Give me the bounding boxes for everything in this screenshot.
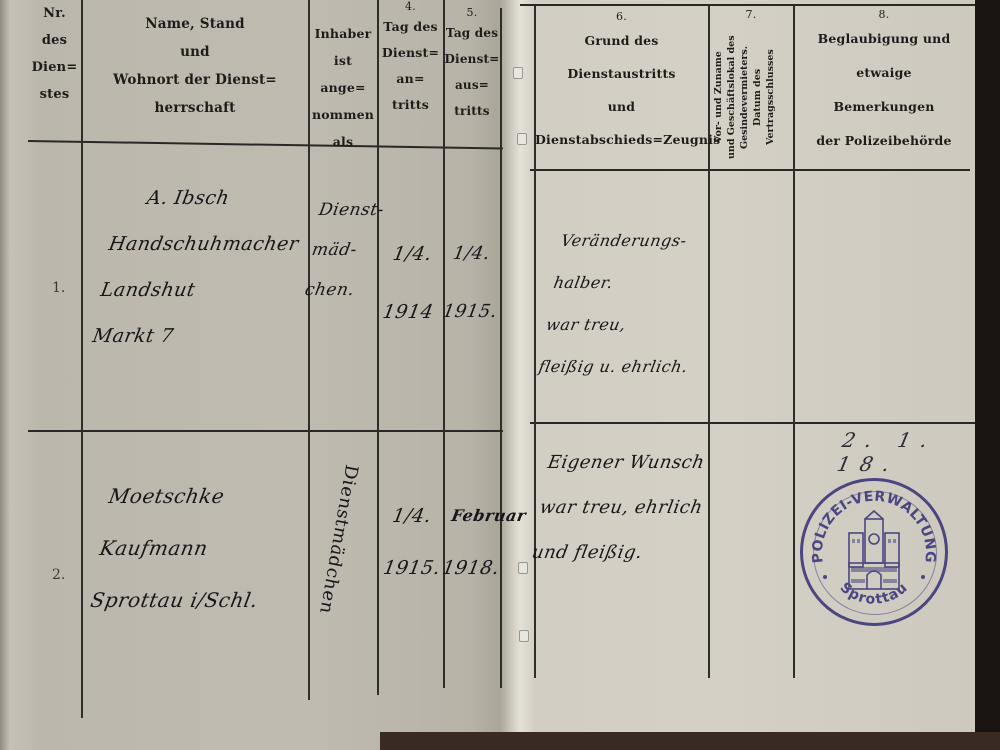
binding-staple [518,562,528,574]
header-col-reason: 6. Grund des DienstaustrittsundDienstabs… [535,10,708,156]
header-col-police-remarks: 8. Beglaubigung und etwaigeBemerkungende… [794,8,974,158]
header-col-agent: Vor- und Zunameund Geschäftslokal desGes… [712,28,790,166]
header-rule-right [530,169,970,171]
row-number: 2. [52,567,65,583]
employer-entry: Moetschke Kaufmann Sprottau i/Schl. [86,470,281,626]
book-cover-edge [975,0,1000,750]
binding-staple [519,630,529,642]
city-gate-tower-icon [845,509,903,593]
binding-staple [517,133,527,145]
header-col-end-date: 5. Tag desDienst=aus=tritts [444,6,500,124]
header-col-agent-number: 7. [709,8,793,22]
row-number: 1. [52,280,65,296]
certification-date: 2. 1. 18. [835,428,1000,476]
binding-staple [513,67,523,79]
header-col-employer: Name, StandundWohnort der Dienst=herrsch… [82,10,308,122]
col-divider [708,6,710,678]
police-stamp: POLIZEI-VERWALTUNG Sprottau [800,478,948,626]
reason-entry: Eigener Wunsch war treu, ehrlich und fle… [528,440,714,575]
row-divider-left [28,430,503,432]
reason-entry: Veränderungs- halber. war treu, fleißig … [535,220,713,388]
header-col-employed-as: Inhaberist ange=nommenals [309,20,377,155]
top-rule-right [520,4,975,6]
employer-entry: A. Ibsch Handschuhmacher Landshut Markt … [89,175,311,359]
book-cover-bottom [380,732,1000,750]
row-divider-right [530,422,975,424]
header-col-start-date: 4. Tag desDienst=an=tritts [378,0,443,118]
header-col-number: Nr.desDien=stes [28,0,81,108]
